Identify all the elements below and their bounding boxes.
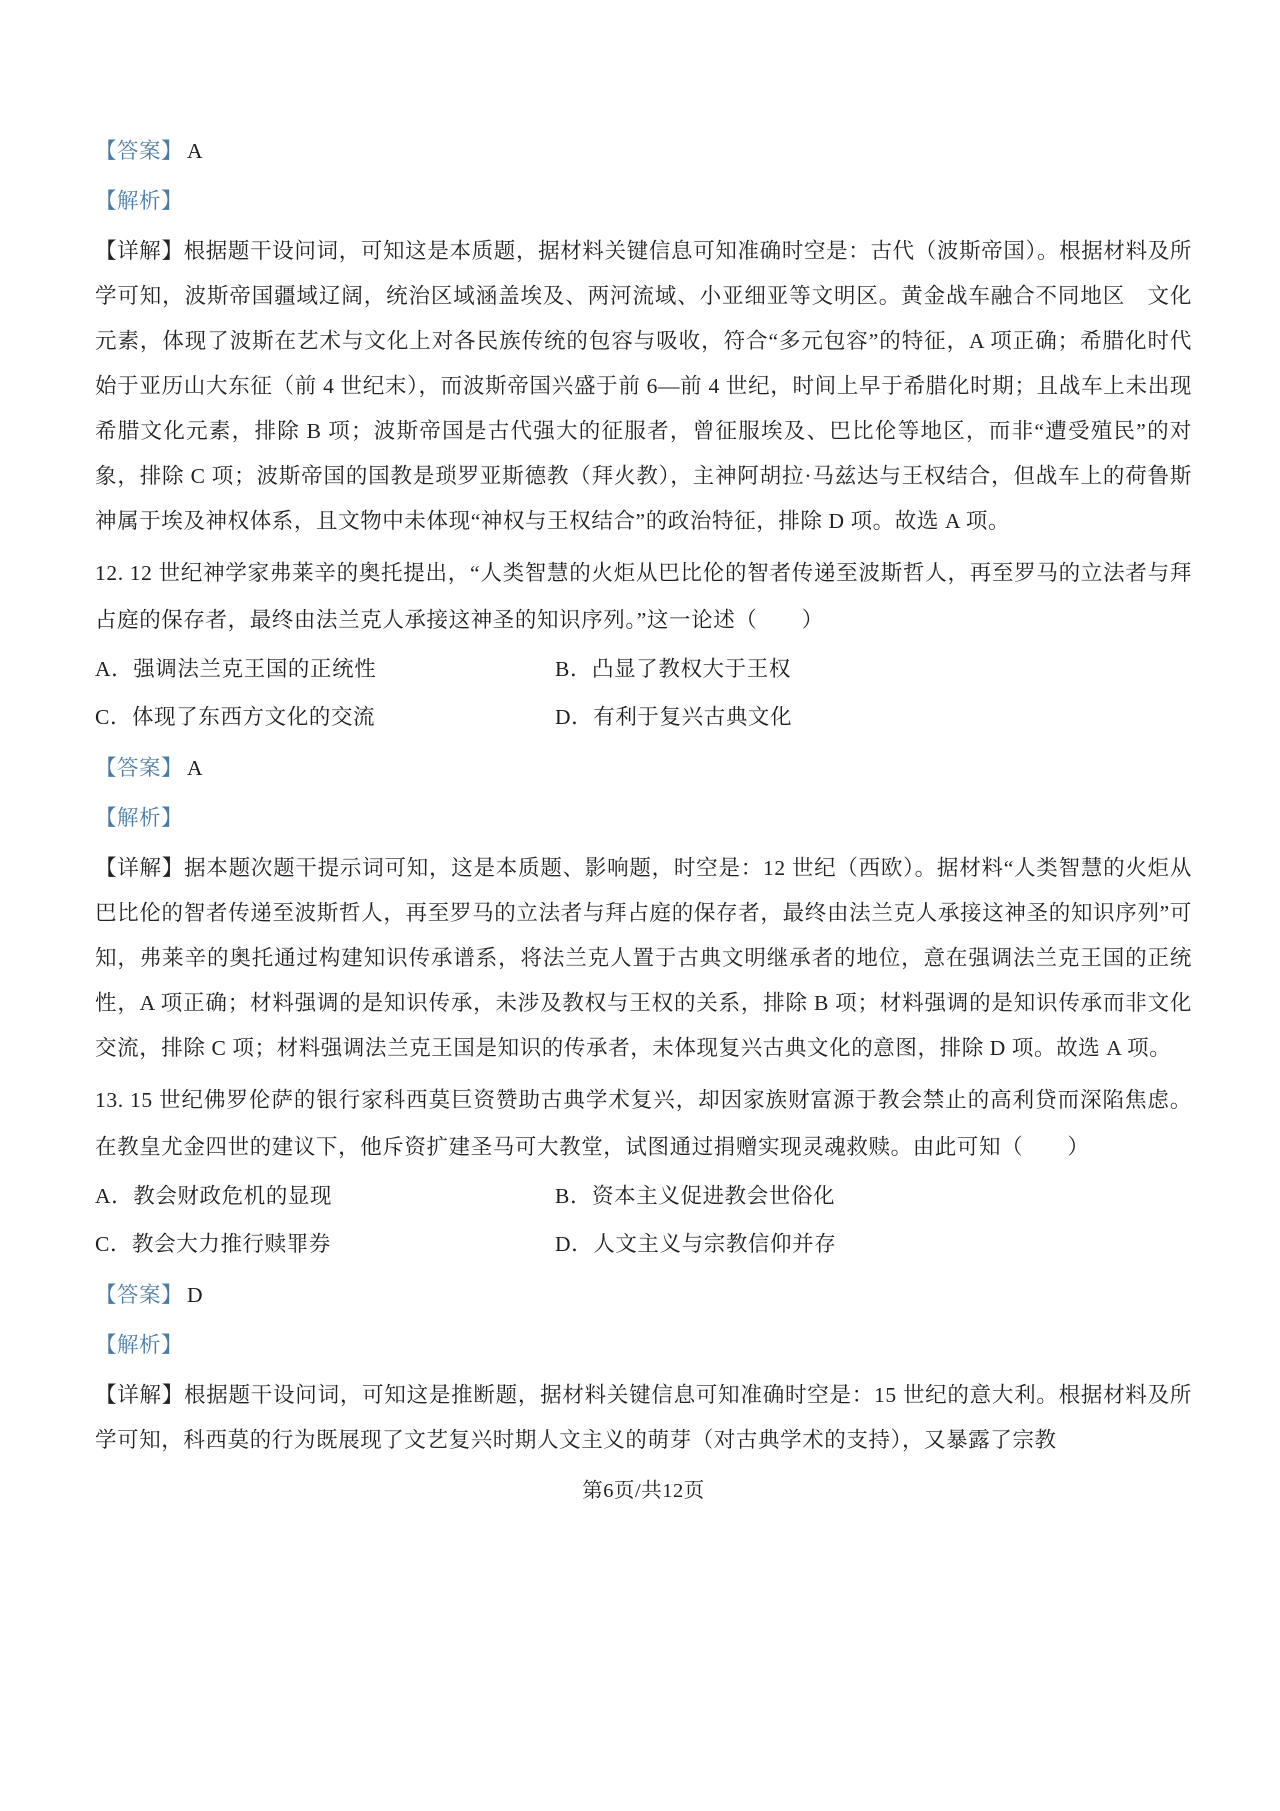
- answer-value: A: [183, 139, 203, 163]
- answer-line-q13: 【答案】D: [95, 1273, 1192, 1318]
- option-q13-a: A．教会财政危机的显现: [95, 1173, 555, 1219]
- answer-label: 【答案】: [95, 756, 183, 780]
- answer-label: 【答案】: [95, 1283, 183, 1307]
- page-footer: 第6页/共12页: [95, 1471, 1192, 1511]
- question-stem-q12: 12. 12 世纪神学家弗莱辛的奥托提出，“人类智慧的火炬从巴比伦的智者传递至波…: [95, 550, 1192, 644]
- answer-line-q11: 【答案】A: [95, 129, 1192, 174]
- question-stem-q13: 13. 15 世纪佛罗伦萨的银行家科西莫巨资赞助古典学术复兴，却因家族财富源于教…: [95, 1077, 1192, 1171]
- document-page: 【答案】A 【解析】 【详解】根据题干设问词，可知这是本质题，据材料关键信息可知…: [0, 0, 1280, 1811]
- analysis-label: 【解析】: [95, 806, 183, 830]
- option-q13-c: C．教会大力推行赎罪券: [95, 1221, 555, 1267]
- answer-label: 【答案】: [95, 139, 183, 163]
- analysis-label: 【解析】: [95, 189, 183, 213]
- option-q13-b: B．资本主义促进教会世俗化: [555, 1173, 1192, 1219]
- option-q13-d: D．人文主义与宗教信仰并存: [555, 1221, 1192, 1267]
- answer-value: D: [183, 1283, 203, 1307]
- detail-paragraph-q13: 【详解】根据题干设问词，可知这是推断题，据材料关键信息可知准确时空是：15 世纪…: [95, 1373, 1192, 1463]
- option-q12-c: C．体现了东西方文化的交流: [95, 694, 555, 740]
- answer-line-q12: 【答案】A: [95, 746, 1192, 791]
- analysis-line-q11: 【解析】: [95, 179, 1192, 224]
- analysis-line-q13: 【解析】: [95, 1323, 1192, 1368]
- analysis-label: 【解析】: [95, 1333, 183, 1357]
- analysis-line-q12: 【解析】: [95, 796, 1192, 841]
- options-q13: A．教会财政危机的显现 B．资本主义促进教会世俗化 C．教会大力推行赎罪券 D．…: [95, 1173, 1192, 1267]
- detail-paragraph-q11: 【详解】根据题干设问词，可知这是本质题，据材料关键信息可知准确时空是：古代（波斯…: [95, 229, 1192, 544]
- option-q12-d: D．有利于复兴古典文化: [555, 694, 1192, 740]
- option-q12-b: B．凸显了教权大于王权: [555, 646, 1192, 692]
- options-q12: A．强调法兰克王国的正统性 B．凸显了教权大于王权 C．体现了东西方文化的交流 …: [95, 646, 1192, 740]
- option-q12-a: A．强调法兰克王国的正统性: [95, 646, 555, 692]
- detail-paragraph-q12: 【详解】据本题次题干提示词可知，这是本质题、影响题，时空是：12 世纪（西欧）。…: [95, 846, 1192, 1071]
- answer-value: A: [183, 756, 203, 780]
